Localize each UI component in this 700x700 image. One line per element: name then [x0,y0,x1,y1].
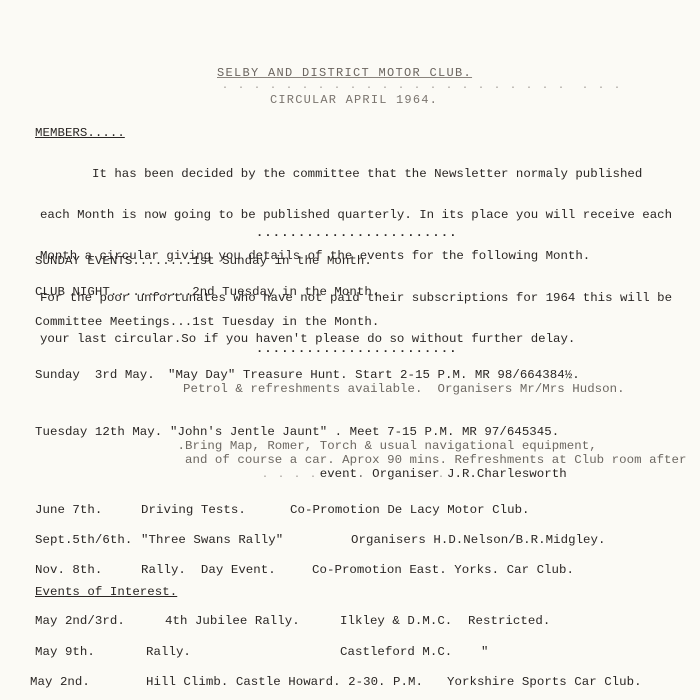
schedule-label: Committee Meetings... [35,315,192,329]
other-event-date: Nov. 8th. [35,563,102,577]
other-event-detail: Co-Promotion East. Yorks. Car Club. [312,563,574,577]
interest-date: May 9th. [35,645,95,659]
dotted-separator: ........................ [256,342,458,356]
event-line: "John's Jentle Jaunt" . Meet 7-15 P.M. M… [170,425,559,439]
other-event-name: Rally. Day Event. [141,563,276,577]
other-event-detail: Organisers H.D.Nelson/B.R.Midgley. [351,533,606,547]
event-date: Tuesday 12th May. [35,425,162,439]
other-event-date: Sept.5th/6th. [35,533,132,547]
circular-subtitle: CIRCULAR APRIL 1964. [270,93,438,107]
members-line: It has been decided by the committee tha… [40,168,700,182]
interest-organiser: Castleford M.C. [340,645,452,659]
interest-event: 4th Jubilee Rally. [165,614,300,628]
other-event-date: June 7th. [35,503,102,517]
schedule-sunday-events: SUNDAY EVENTS........1st Sunday in the M… [35,254,372,268]
interest-date: May 2nd. [30,675,90,689]
members-heading: MEMBERS..... [35,126,125,140]
club-title: SELBY AND DISTRICT MOTOR CLUB. [217,66,472,80]
title-dotted-rule: . . . . . . . . . . . . . . . . . . . . … [222,81,622,92]
interest-note: " [481,645,489,659]
interest-event: Hill Climb. Castle Howard. 2-30. P.M. [146,675,423,689]
interest-date: May 2nd/3rd. [35,614,125,628]
other-event-name: Driving Tests. [141,503,246,517]
interest-event: Rally. [146,645,191,659]
event-date: Sunday 3rd May. [35,368,155,382]
schedule-club-night: CLUB NIGHT...........2nd Tuesday in the … [35,285,379,299]
schedule-committee-meetings: Committee Meetings...1st Tuesday in the … [35,315,379,329]
events-of-interest-heading: Events of Interest. [35,585,177,599]
other-event-detail: Co-Promotion De Lacy Motor Club. [290,503,530,517]
event-line: Petrol & refreshments available. Organis… [168,382,625,396]
event-line: "May Day" Treasure Hunt. Start 2-15 P.M.… [168,368,580,382]
dotted-separator: ........................ [256,226,458,240]
members-line: each Month is now going to be published … [40,209,700,223]
schedule-label: CLUB NIGHT........... [35,285,192,299]
interest-organiser: Ilkley & D.M.C. [340,614,452,628]
schedule-value: 1st Sunday in the Month. [192,254,372,268]
interest-note: Restricted. [468,614,550,628]
event-line: .Bring Map, Romer, Torch & usual navigat… [170,439,597,453]
interest-organiser: Yorkshire Sports Car Club. [447,675,642,689]
schedule-label: SUNDAY EVENTS........ [35,254,192,268]
schedule-value: 2nd Tuesday in the Month. [192,285,379,299]
dotted-rule: . . . . . . . . . . . . [262,470,446,481]
event-line: and of course a car. Aprox 90 mins. Refr… [170,453,687,467]
schedule-value: 1st Tuesday in the Month. [192,315,379,329]
other-event-name: "Three Swans Rally" [141,533,283,547]
circular-page: SELBY AND DISTRICT MOTOR CLUB. . . . . .… [0,0,700,700]
